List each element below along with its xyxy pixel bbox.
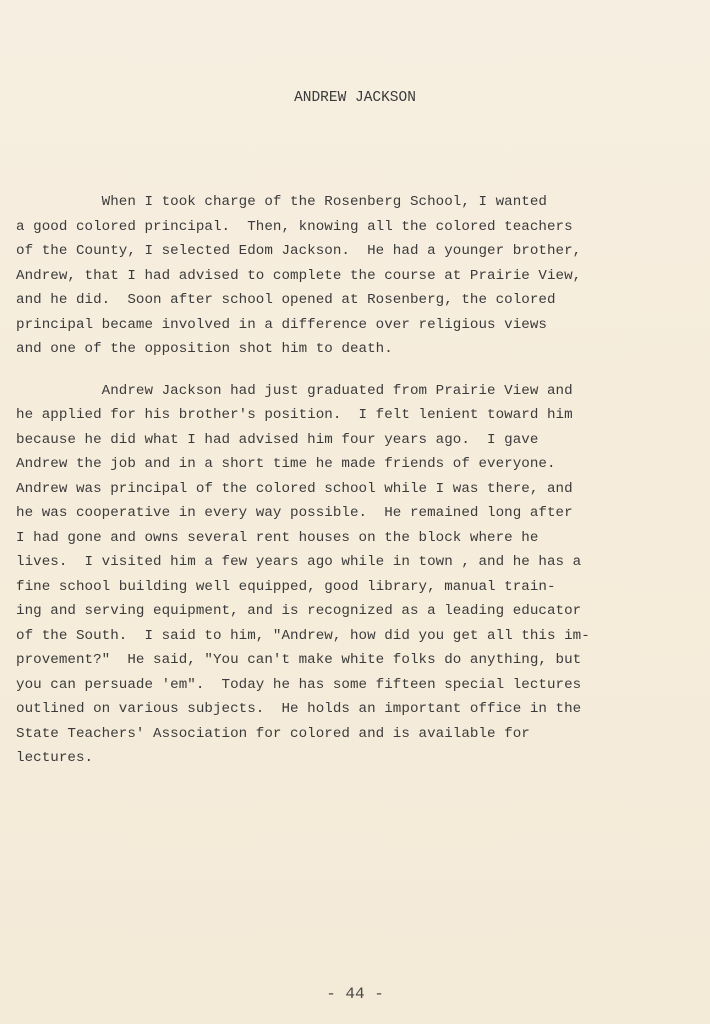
text-line: outlined on various subjects. He holds a… <box>16 697 706 722</box>
paragraph-1: When I took charge of the Rosenberg Scho… <box>16 190 706 362</box>
page-number: - 44 - <box>0 985 710 1003</box>
text-line: ing and serving equipment, and is recogn… <box>16 599 706 624</box>
text-line: principal became involved in a differenc… <box>16 313 706 338</box>
text-line: When I took charge of the Rosenberg Scho… <box>16 190 706 215</box>
text-line: and he did. Soon after school opened at … <box>16 288 706 313</box>
text-line: Andrew, that I had advised to complete t… <box>16 264 706 289</box>
text-line: State Teachers' Association for colored … <box>16 722 706 747</box>
paragraph-2: Andrew Jackson had just graduated from P… <box>16 379 706 771</box>
text-line: he applied for his brother's position. I… <box>16 403 706 428</box>
text-line: I had gone and owns several rent houses … <box>16 526 706 551</box>
page-title: ANDREW JACKSON <box>0 90 710 106</box>
text-line: a good colored principal. Then, knowing … <box>16 215 706 240</box>
document-body: When I took charge of the Rosenberg Scho… <box>16 190 706 788</box>
text-line: you can persuade 'em". Today he has some… <box>16 673 706 698</box>
text-line: fine school building well equipped, good… <box>16 575 706 600</box>
text-line: Andrew was principal of the colored scho… <box>16 477 706 502</box>
document-page: ANDREW JACKSON When I took charge of the… <box>0 0 710 1024</box>
text-line: and one of the opposition shot him to de… <box>16 337 706 362</box>
text-line: he was cooperative in every way possible… <box>16 501 706 526</box>
text-line: Andrew Jackson had just graduated from P… <box>16 379 706 404</box>
text-line: because he did what I had advised him fo… <box>16 428 706 453</box>
text-line: of the County, I selected Edom Jackson. … <box>16 239 706 264</box>
text-line: lives. I visited him a few years ago whi… <box>16 550 706 575</box>
text-line: Andrew the job and in a short time he ma… <box>16 452 706 477</box>
text-line: of the South. I said to him, "Andrew, ho… <box>16 624 706 649</box>
text-line: lectures. <box>16 746 706 771</box>
text-line: provement?" He said, "You can't make whi… <box>16 648 706 673</box>
